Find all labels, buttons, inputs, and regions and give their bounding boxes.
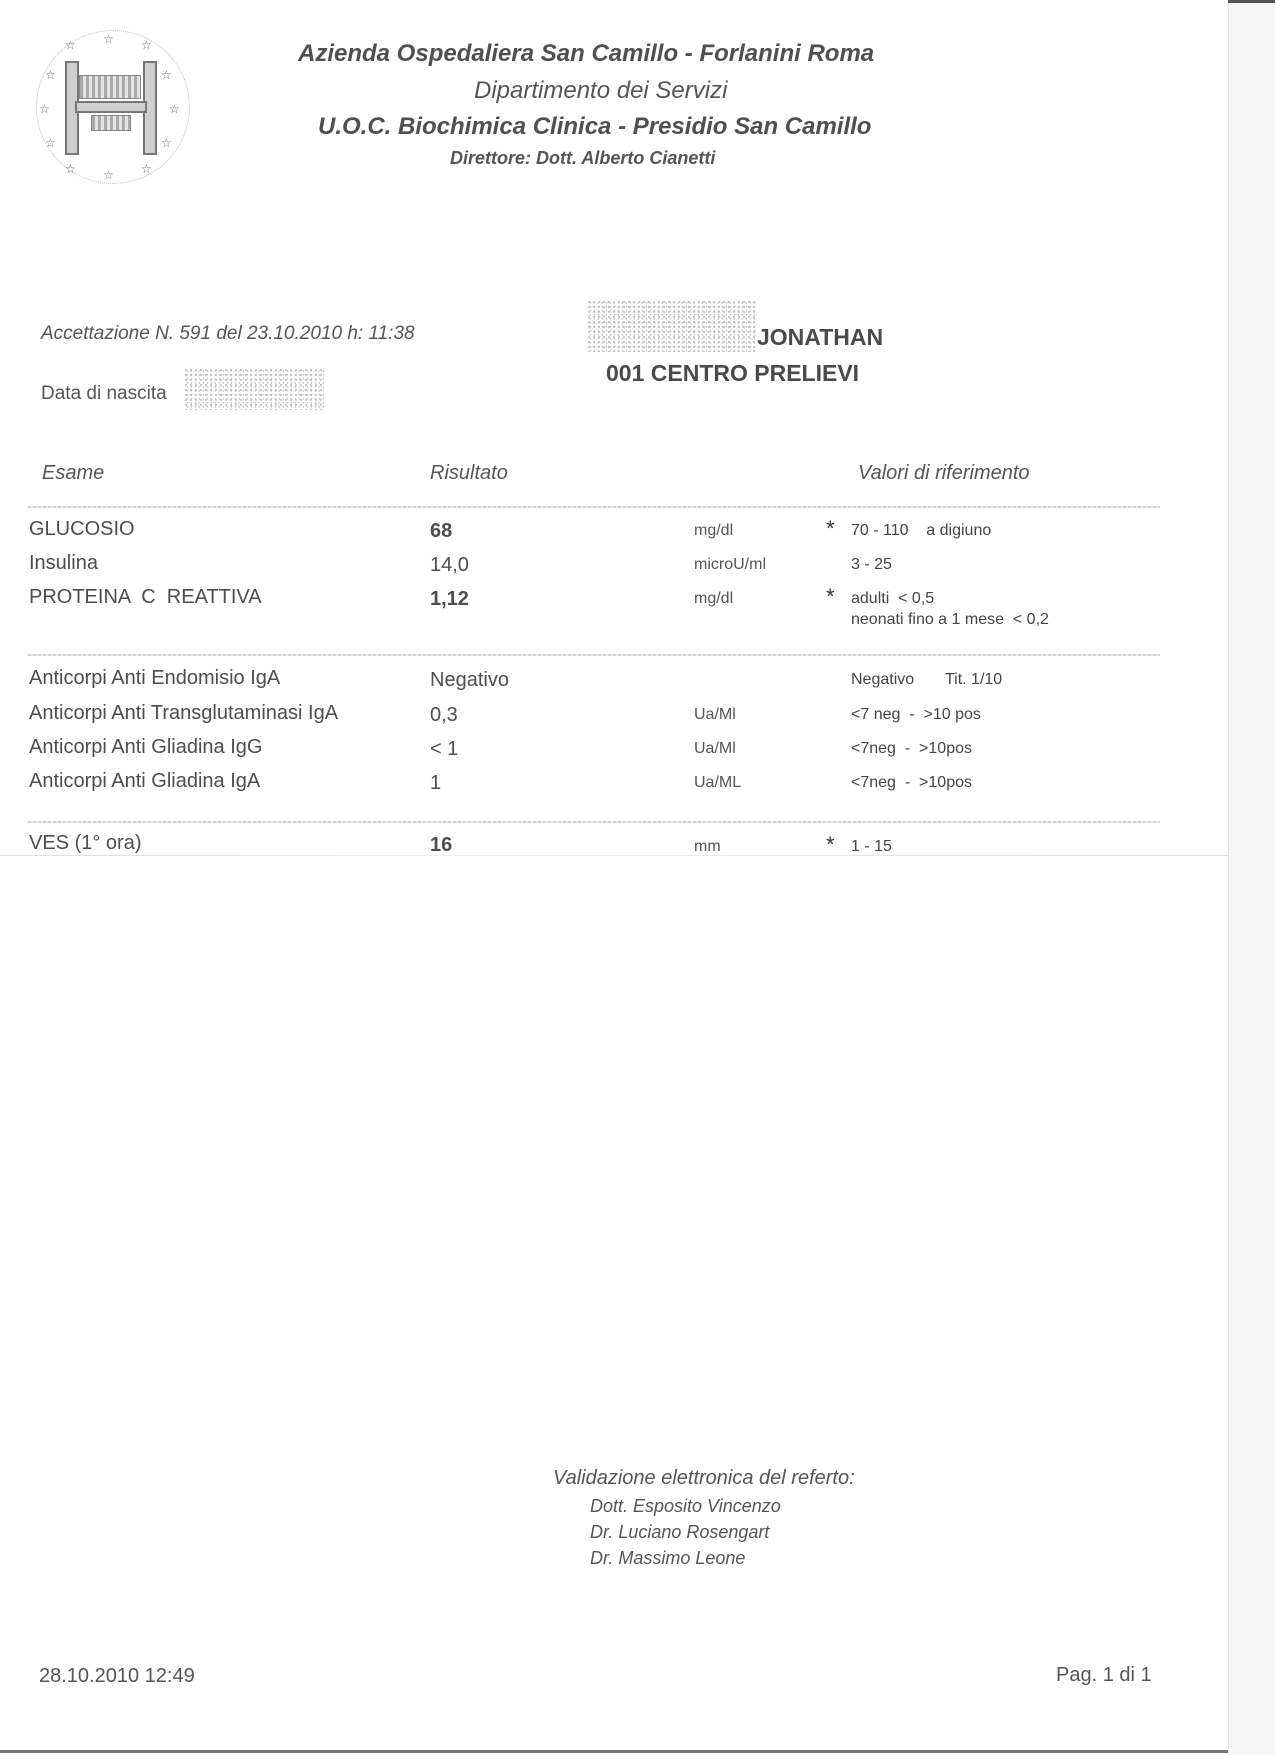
exam-unit: mm [694, 838, 721, 856]
exam-name: VES (1° ora) [29, 832, 141, 855]
validator-name: Dr. Massimo Leone [590, 1548, 745, 1569]
patient-name: JONATHAN [757, 324, 883, 351]
exam-name: Anticorpi Anti Gliadina IgG [29, 736, 262, 759]
page-edge-shadow [1228, 0, 1275, 3]
column-header-result: Risultato [430, 462, 508, 485]
exam-reference: adulti < 0,5 [851, 590, 934, 608]
exam-name: PROTEINA C REATTIVA [29, 586, 262, 609]
redacted-surname [588, 300, 756, 352]
column-header-reference: Valori di riferimento [858, 462, 1030, 485]
column-header-exam: Esame [42, 462, 104, 485]
print-timestamp: 28.10.2010 12:49 [39, 1665, 195, 1688]
header-divider [28, 506, 1160, 508]
exam-result: < 1 [430, 738, 458, 761]
exam-reference: <7neg - >10pos [851, 740, 972, 758]
exam-reference: <7 neg - >10 pos [851, 706, 981, 724]
validator-name: Dr. Luciano Rosengart [590, 1522, 769, 1543]
exam-reference-secondary: neonati fino a 1 mese < 0,2 [851, 611, 1049, 629]
exam-name: Anticorpi Anti Transglutaminasi IgA [29, 702, 338, 725]
exam-name: Anticorpi Anti Endomisio IgA [29, 667, 280, 690]
exam-name: Insulina [29, 552, 98, 575]
exam-result: 68 [430, 520, 452, 543]
exam-name: GLUCOSIO [29, 518, 135, 541]
hospital-h-emblem-icon: ☆ ☆ ☆ ☆ ☆ ☆ ☆ ☆ ☆ ☆ ☆ ☆ [36, 30, 190, 184]
exam-result: 1,12 [430, 588, 469, 611]
out-of-range-flag: * [826, 832, 835, 858]
institution-name: Azienda Ospedaliera San Camillo - Forlan… [298, 40, 874, 68]
exam-reference: Negativo Tit. 1/10 [851, 671, 1002, 689]
exam-unit: mg/dl [694, 590, 733, 608]
validator-name: Dott. Esposito Vincenzo [590, 1496, 781, 1517]
acceptance-info: Accettazione N. 591 del 23.10.2010 h: 11… [41, 323, 415, 345]
redacted-birth-date [185, 368, 325, 410]
exam-result: 14,0 [430, 554, 469, 577]
patient-ward: 001 CENTRO PRELIEVI [606, 360, 859, 387]
exam-reference: 1 - 15 [851, 838, 892, 856]
exam-result: 1 [430, 772, 441, 795]
validation-title: Validazione elettronica del referto: [553, 1467, 855, 1490]
page-edge [1228, 0, 1275, 1755]
page-bottom-edge [0, 1750, 1228, 1753]
out-of-range-flag: * [826, 516, 835, 542]
exam-reference: 70 - 110 a digiuno [851, 522, 991, 540]
exam-reference: 3 - 25 [851, 556, 892, 574]
director-name: Direttore: Dott. Alberto Cianetti [450, 148, 715, 169]
scan-fold-line [0, 855, 1228, 856]
exam-unit: microU/ml [694, 556, 766, 574]
exam-result: 16 [430, 834, 452, 857]
exam-unit: Ua/Ml [694, 740, 736, 758]
department-name: Dipartimento dei Servizi [474, 77, 727, 105]
exam-name: Anticorpi Anti Gliadina IgA [29, 770, 260, 793]
page-number: Pag. 1 di 1 [1056, 1664, 1152, 1687]
exam-unit: Ua/Ml [694, 706, 736, 724]
group-divider [28, 654, 1160, 656]
out-of-range-flag: * [826, 584, 835, 610]
exam-result: 0,3 [430, 704, 458, 727]
exam-reference: <7neg - >10pos [851, 774, 972, 792]
exam-unit: Ua/ML [694, 774, 741, 792]
unit-name: U.O.C. Biochimica Clinica - Presidio San… [318, 113, 871, 141]
exam-unit: mg/dl [694, 522, 733, 540]
exam-result: Negativo [430, 669, 509, 692]
birth-date-label: Data di nascita [41, 383, 167, 405]
group-divider [28, 821, 1160, 823]
